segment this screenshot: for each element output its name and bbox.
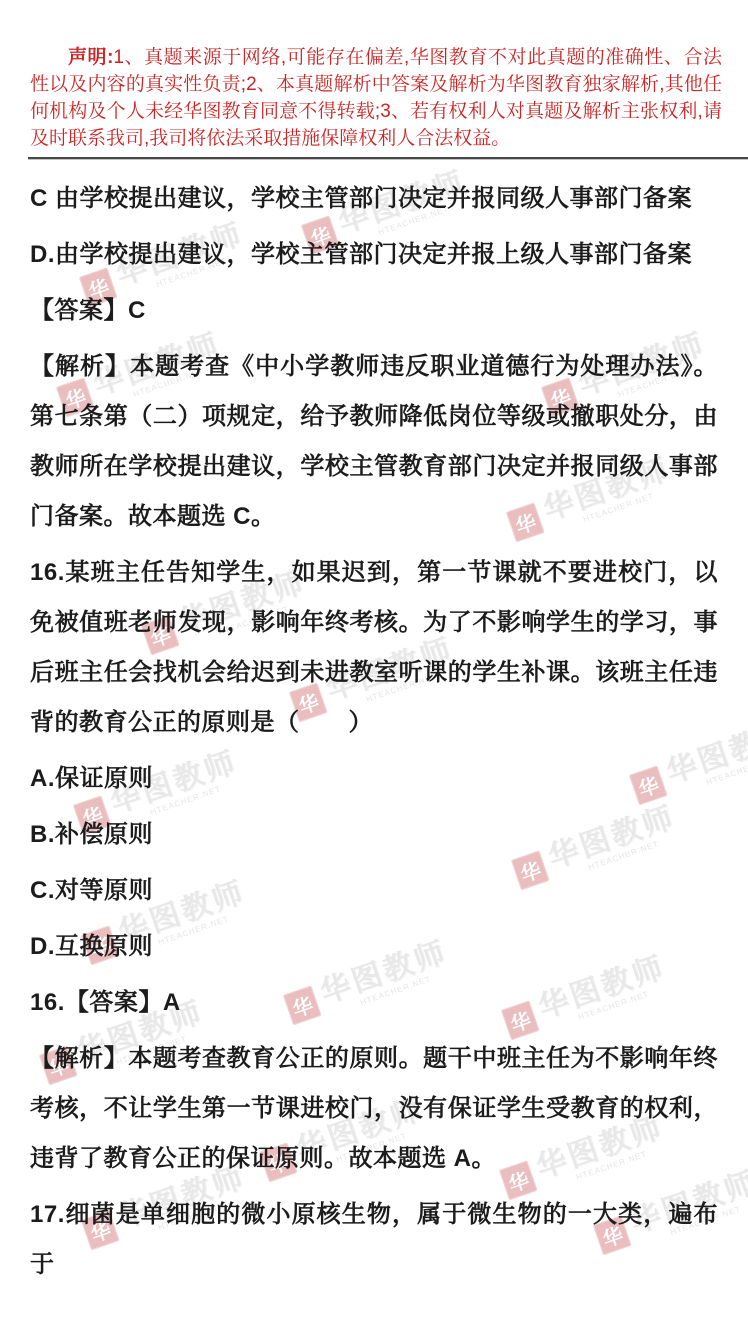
q16-option-a: A.保证原则 <box>30 754 718 804</box>
q15-option-d: D.由学校提出建议，学校主管部门决定并报上级人事部门备案 <box>30 230 718 280</box>
q15-answer: 【答案】C <box>30 286 718 336</box>
document-content: 声明:1、真题来源于网络,可能存在偏差,华图教育不对此真题的准确性、合法性以及内… <box>0 0 748 1335</box>
body-text: C 由学校提出建议，学校主管部门决定并报同级人事部门备案 D.由学校提出建议，学… <box>0 160 748 1290</box>
q17-stem: 17.细菌是单细胞的微小原核生物，属于微生物的一大类，遍布于 <box>30 1190 718 1290</box>
q15-analysis: 【解析】本题考查《中小学教师违反职业道德行为处理办法》。第七条第（二）项规定，给… <box>30 342 718 542</box>
q16-answer: 16.【答案】A <box>30 978 718 1028</box>
q16-analysis: 【解析】本题考查教育公正的原则。题干中班主任为不影响年终考核，不让学生第一节课进… <box>30 1034 718 1184</box>
disclaimer: 声明:1、真题来源于网络,可能存在偏差,华图教育不对此真题的准确性、合法性以及内… <box>0 0 748 152</box>
q16-option-d: D.互换原则 <box>30 922 718 972</box>
q16-option-b: B.补偿原则 <box>30 810 718 860</box>
exam-document-page: 华 华图教师 HTEACHER.NET 华 华图教师 HTEACHER.NET … <box>0 0 748 1335</box>
q15-option-c: C 由学校提出建议，学校主管部门决定并报同级人事部门备案 <box>30 174 718 224</box>
q16-stem: 16.某班主任告知学生，如果迟到，第一节课就不要进校门，以免被值班老师发现，影响… <box>30 548 718 748</box>
q16-option-c: C.对等原则 <box>30 866 718 916</box>
disclaimer-label: 声明: <box>68 47 113 68</box>
disclaimer-text: 1、真题来源于网络,可能存在偏差,华图教育不对此真题的准确性、合法性以及内容的真… <box>30 47 722 149</box>
